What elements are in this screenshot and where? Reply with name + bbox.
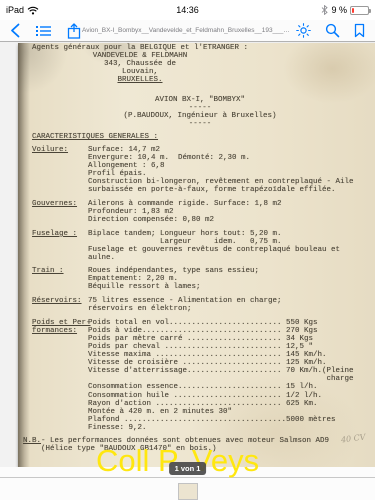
status-bar: iPad 14:36 9 % — [0, 0, 375, 20]
section-label: Train : — [32, 267, 88, 291]
page-thumbnail[interactable] — [178, 483, 198, 500]
section-label: Réservoirs: — [32, 297, 88, 313]
nb-label: N.B. — [23, 437, 41, 453]
clock: 14:36 — [0, 5, 375, 15]
section-content: Poids total en vol......................… — [88, 319, 373, 432]
company-block: VANDEVELDE & FELDMAHN 343, Chaussée de L… — [85, 52, 195, 84]
section-label: Poids et Per- formances: — [32, 319, 88, 432]
brightness-button[interactable] — [296, 23, 311, 38]
company-city: BRUXELLES. — [117, 76, 162, 84]
section-heading: CARACTERISTIQUES GENERALES : — [32, 133, 158, 141]
chevron-left-icon — [10, 23, 20, 38]
share-button[interactable] — [67, 23, 81, 39]
share-icon — [67, 23, 81, 39]
spec-section-row: Réservoirs: 75 litres essence - Alimenta… — [32, 297, 373, 313]
magnifier-icon — [325, 23, 340, 38]
section-label: Voilure: — [32, 146, 88, 195]
battery-icon — [350, 6, 369, 15]
section-content: 75 litres essence - Alimentation en char… — [88, 297, 373, 313]
company-address: 343, Chaussée de Louvain, — [85, 60, 195, 76]
bookmark-icon — [354, 23, 365, 38]
document-text: Agents généraux pour la BELGIQUE et l'ET… — [18, 43, 375, 467]
section-label: Fuselage : — [32, 230, 88, 262]
pdf-toolbar: Avion_BX-I_Bombyx__Vandevelde_et_Feldmah… — [0, 20, 375, 42]
section-label: Gouvernes: — [32, 200, 88, 224]
sun-icon — [296, 23, 311, 38]
bookmark-button[interactable] — [354, 23, 365, 38]
spec-section-row: Fuselage : Biplace tandem; Longueur hors… — [32, 230, 373, 262]
list-icon — [36, 25, 51, 37]
spec-sections: Voilure: Surface: 14,7 m2 Envergure: 10,… — [32, 146, 373, 453]
pdf-viewer-area: Agents généraux pour la BELGIQUE et l'ET… — [0, 43, 375, 500]
agents-line: Agents généraux pour la BELGIQUE et l'ET… — [32, 44, 248, 52]
scanned-document-page: Agents généraux pour la BELGIQUE et l'ET… — [18, 43, 375, 467]
section-content: Surface: 14,7 m2 Envergure: 10,4 m. Démo… — [88, 146, 373, 195]
search-button[interactable] — [325, 23, 340, 38]
page-indicator-badge: 1 von 1 — [169, 462, 207, 475]
spec-section-row: Train : Roues indépendantes, type sans e… — [32, 267, 373, 291]
section-content: Roues indépendantes, type sans essieu; E… — [88, 267, 373, 291]
section-content: Biplace tandem; Longueur hors tout: 5,20… — [88, 230, 373, 262]
back-button[interactable] — [10, 23, 20, 38]
section-content: Ailerons à commande rigide. Surface: 1,8… — [88, 200, 373, 224]
company-name: VANDEVELDE & FELDMAHN — [85, 52, 195, 60]
spec-section-row: Poids et Per- formances: Poids total en … — [32, 319, 373, 432]
document-filename: Avion_BX-I_Bombyx__Vandevelde_et_Feldmah… — [82, 27, 293, 34]
spec-section-row: Voilure: Surface: 14,7 m2 Envergure: 10,… — [32, 146, 373, 195]
contents-button[interactable] — [36, 25, 51, 37]
document-masthead: AVION BX-I, "BOMBYX" ----- (P.BAUDOUX, I… — [90, 96, 310, 128]
spec-section-row: Gouvernes: Ailerons à commande rigide. S… — [32, 200, 373, 224]
